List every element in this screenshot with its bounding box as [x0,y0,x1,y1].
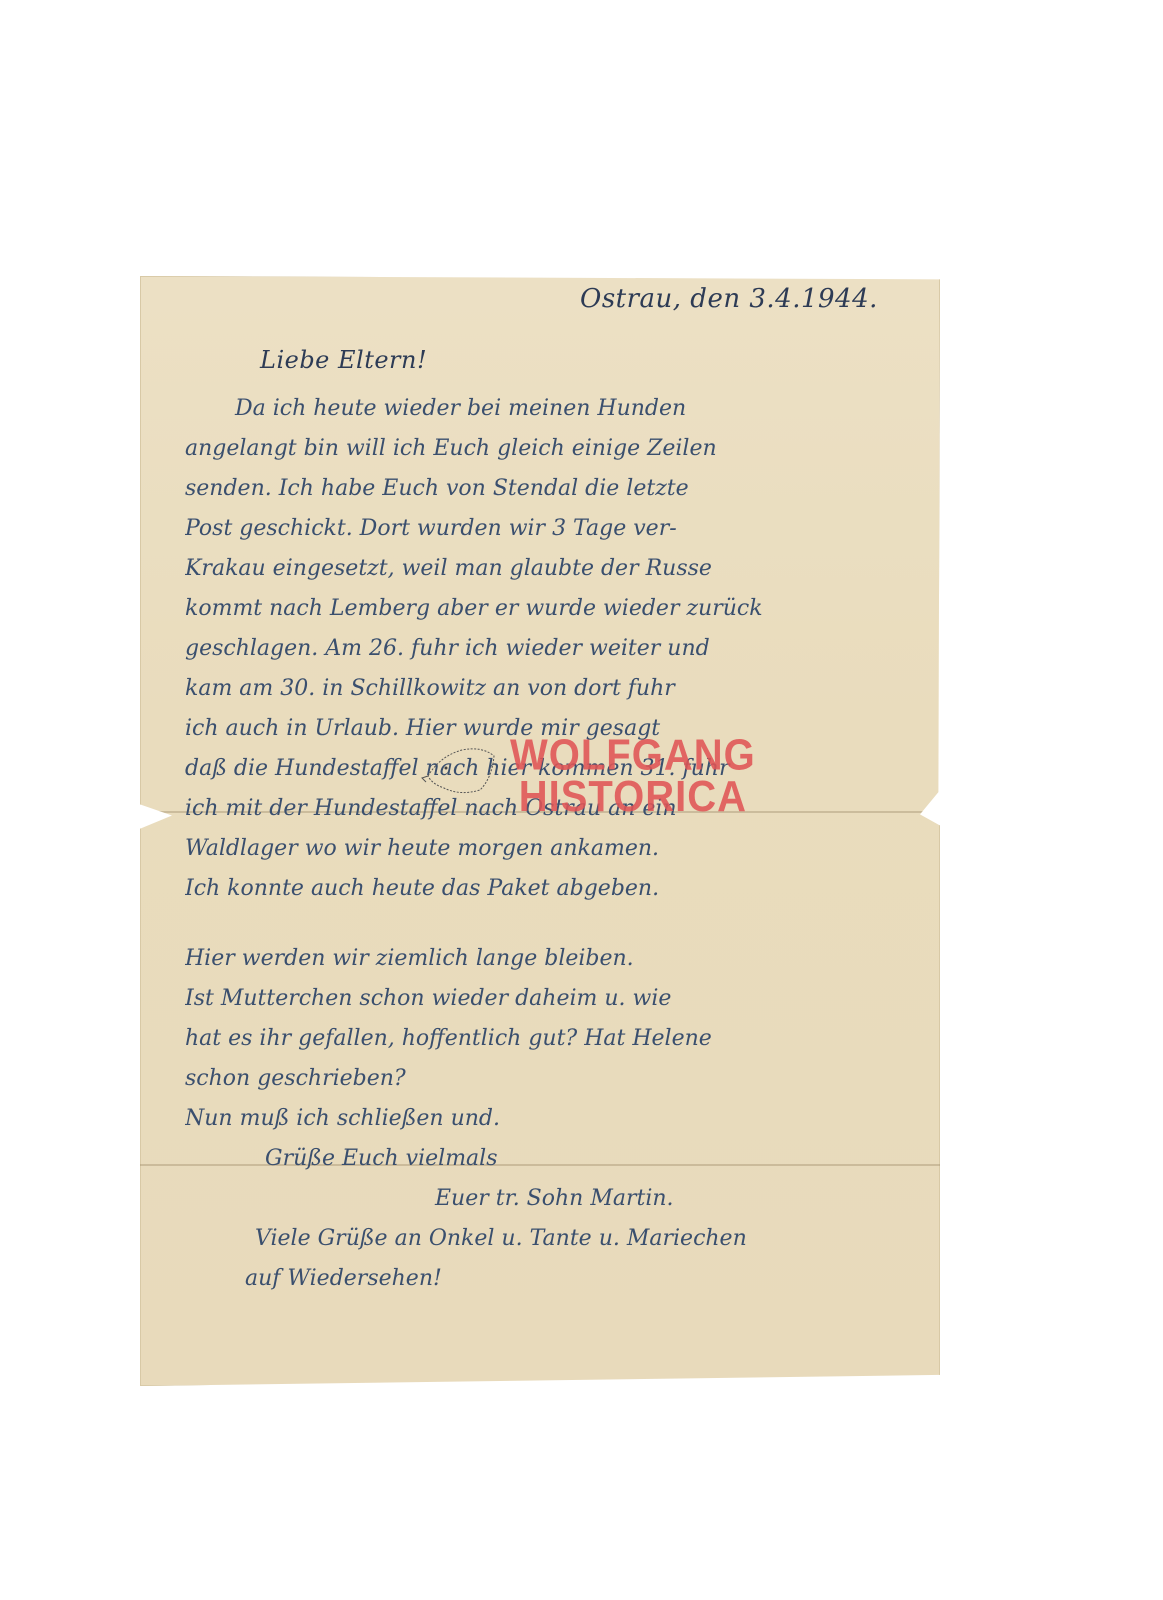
body-line: Da ich heute wieder bei meinen Hunden [185,396,925,436]
body-line: Waldlager wo wir heute morgen ankamen. [185,836,925,876]
watermark: WOLFGANG HISTORICA [510,734,756,818]
watermark-line1: WOLFGANG [510,734,756,776]
place-date: Ostrau, den 3.4.1944. [580,286,878,312]
signature: Euer tr. Sohn Martin. [185,1186,925,1226]
closing: Grüße Euch vielmals [185,1146,925,1186]
body-line: senden. Ich habe Euch von Stendal die le… [185,476,925,516]
boar-head-icon [420,738,500,798]
body-line: hat es ihr gefallen, hoffentlich gut? Ha… [185,1026,925,1066]
body-line: Ist Mutterchen schon wieder daheim u. wi… [185,986,925,1026]
postscript-line: Viele Grüße an Onkel u. Tante u. Mariech… [185,1226,925,1266]
postscript-line: auf Wiedersehen! [185,1266,925,1306]
body-line: Post geschickt. Dort wurden wir 3 Tage v… [185,516,925,556]
body-line: angelangt bin will ich Euch gleich einig… [185,436,925,476]
body-line: Ich konnte auch heute das Paket abgeben. [185,876,925,916]
watermark-line2: HISTORICA [510,776,756,818]
salutation: Liebe Eltern! [260,348,427,372]
body-line: kommt nach Lemberg aber er wurde wieder … [185,596,925,636]
letter-body: Da ich heute wieder bei meinen Hunden an… [185,396,925,1306]
body-line: Hier werden wir ziemlich lange bleiben. [185,946,925,986]
body-line: Nun muß ich schließen und. [185,1106,925,1146]
body-line: kam am 30. in Schillkowitz an von dort f… [185,676,925,716]
letter-paper: Ostrau, den 3.4.1944. Liebe Eltern! Da i… [140,276,940,1386]
body-line: geschlagen. Am 26. fuhr ich wieder weite… [185,636,925,676]
body-line: Krakau eingesetzt, weil man glaubte der … [185,556,925,596]
body-line: schon geschrieben? [185,1066,925,1106]
